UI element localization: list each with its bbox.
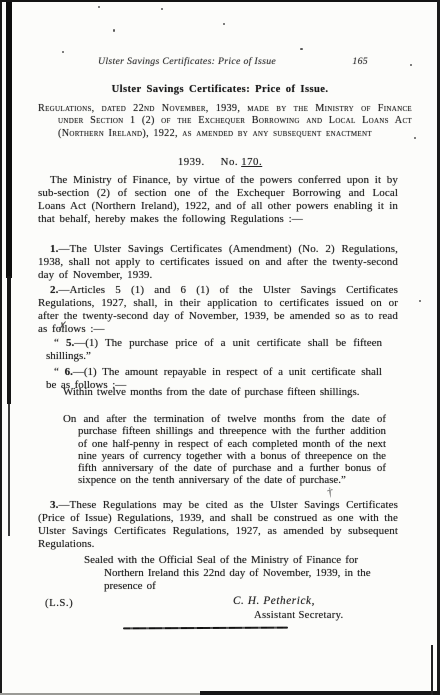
- subclause-after-twelve-months: On and after the termination of twelve m…: [63, 413, 386, 487]
- scanned-document-page: Ulster Savings Certificates: Price of Is…: [0, 0, 440, 695]
- paragraph-intro: The Ministry of Finance, by virtue of th…: [38, 174, 398, 226]
- document-year: 1939.: [178, 156, 205, 168]
- paragraph-regulation-1: 1.—The Ulster Savings Certificates (Amen…: [38, 243, 398, 282]
- running-header-title: Ulster Savings Certificates: Price of Is…: [98, 56, 276, 67]
- quote-open: “: [54, 337, 66, 349]
- regulation-2-text: —Articles 5 (1) and 6 (1) of the Ulster …: [38, 284, 398, 335]
- running-header: Ulster Savings Certificates: Price of Is…: [98, 56, 368, 67]
- dust-speck: [300, 48, 303, 50]
- dust-speck: [223, 23, 225, 25]
- scan-gutter-bar: [8, 404, 10, 536]
- signature-name: C. H. Petherick,: [233, 595, 315, 607]
- document-no-label: No.: [221, 156, 238, 168]
- scan-gutter-bar: [6, 2, 12, 278]
- scan-edge-artifact: [431, 645, 433, 695]
- dust-speck: [410, 64, 412, 66]
- dust-speck: [414, 137, 416, 139]
- quote-open: “: [54, 366, 65, 378]
- dust-speck: [62, 51, 64, 53]
- dust-speck: [419, 300, 421, 302]
- regulation-1-text: —The Ulster Savings Certificates (Amendm…: [38, 243, 398, 281]
- article-5-text: —(1) The purchase price of a unit certif…: [46, 337, 382, 362]
- dust-speck: [161, 8, 163, 10]
- pencil-mark: ✗: [56, 319, 67, 333]
- page-number: 165: [352, 56, 368, 67]
- document-no-value: 170.: [241, 156, 262, 168]
- quote-article-5: “ 5.—(1) The purchase price of a unit ce…: [46, 337, 382, 363]
- dust-speck: [98, 6, 100, 8]
- article-6-number: 6.: [65, 366, 73, 378]
- document-title: Ulster Savings Certificates: Price of Is…: [38, 84, 402, 95]
- dust-speck: [113, 29, 115, 32]
- scan-gutter-bar: [7, 276, 11, 404]
- sealed-clause: Sealed with the Official Seal of the Min…: [84, 554, 392, 593]
- paragraph-regulation-2: 2.—Articles 5 (1) and 6 (1) of the Ulste…: [38, 284, 398, 336]
- scan-border-top: [0, 0, 440, 2]
- seal-abbreviation: (L.S.): [45, 597, 73, 609]
- regulation-3-text: —These Regulations may be cited as the U…: [38, 499, 398, 550]
- paragraph-regulation-3: 3.—These Regulations may be cited as the…: [38, 499, 398, 551]
- scan-border-left: [0, 0, 2, 695]
- subclause-within-twelve-months: Within twelve months from the date of pu…: [63, 386, 386, 398]
- end-rule: [123, 627, 288, 630]
- scan-border-bottom-dark: [200, 691, 440, 695]
- document-number: 1939.No. 170.: [38, 156, 402, 168]
- preamble: Regulations, dated 22nd November, 1939, …: [38, 103, 412, 140]
- article-5-number: 5.: [66, 337, 74, 349]
- signature-title: Assistant Secretary.: [254, 610, 343, 621]
